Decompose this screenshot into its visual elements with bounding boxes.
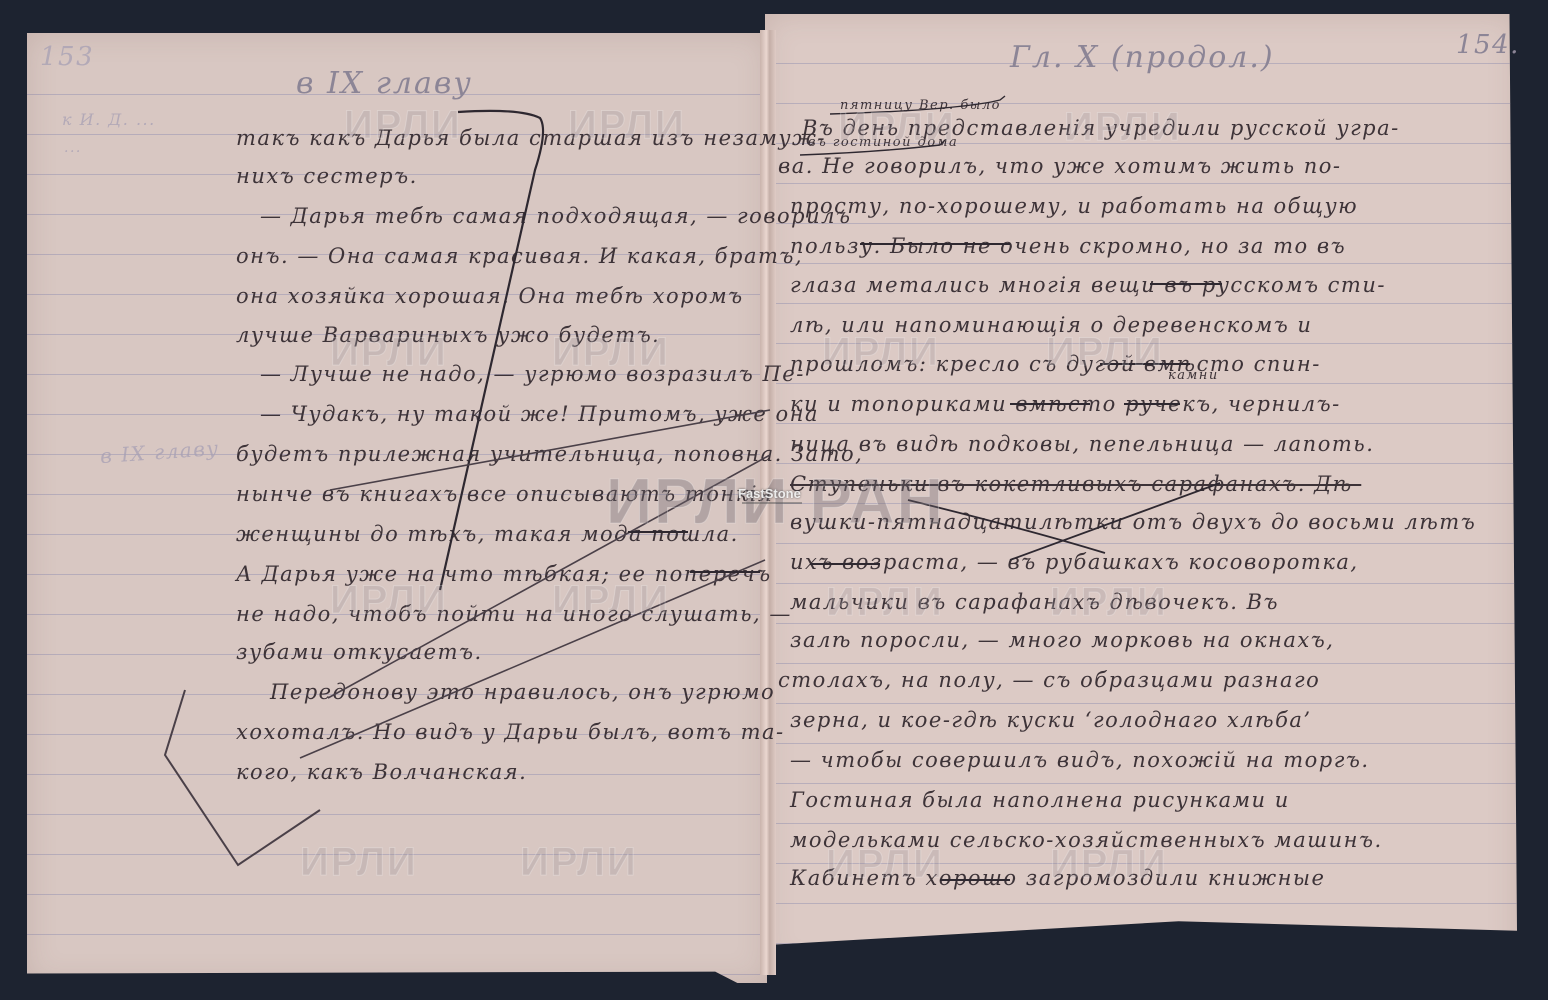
watermark-irli: ИРЛИ	[826, 842, 944, 887]
watermark-irli: ИРЛИ	[330, 330, 448, 375]
watermark-irli: ИРЛИ	[330, 578, 448, 623]
watermark-irli: ИРЛИ	[838, 105, 956, 150]
watermark-irli: ИРЛИ	[1050, 842, 1168, 887]
watermark-irli: ИРЛИ	[344, 103, 462, 148]
watermark-irli: ИРЛИ	[1064, 105, 1182, 150]
watermark-irli: ИРЛИ	[520, 840, 638, 885]
bracket-mark	[440, 111, 543, 590]
watermark-irli: ИРЛИ	[552, 578, 670, 623]
watermark-irli: ИРЛИ	[568, 103, 686, 148]
chevron-mark	[165, 690, 320, 865]
watermark-irli: ИРЛИ	[1050, 580, 1168, 625]
watermark-irli: ИРЛИ	[1046, 330, 1164, 375]
watermark-irli: ИРЛИ	[552, 330, 670, 375]
watermark-irli-ran: ИРЛИ РАН	[606, 464, 945, 538]
faststone-watermark: FastStone	[738, 486, 801, 501]
watermark-irli: ИРЛИ	[300, 840, 418, 885]
right-crossing-lines	[908, 483, 1220, 560]
faststone-watermark-subline	[742, 502, 802, 504]
watermark-irli: ИРЛИ	[826, 580, 944, 625]
watermark-irli: ИРЛИ	[822, 330, 940, 375]
